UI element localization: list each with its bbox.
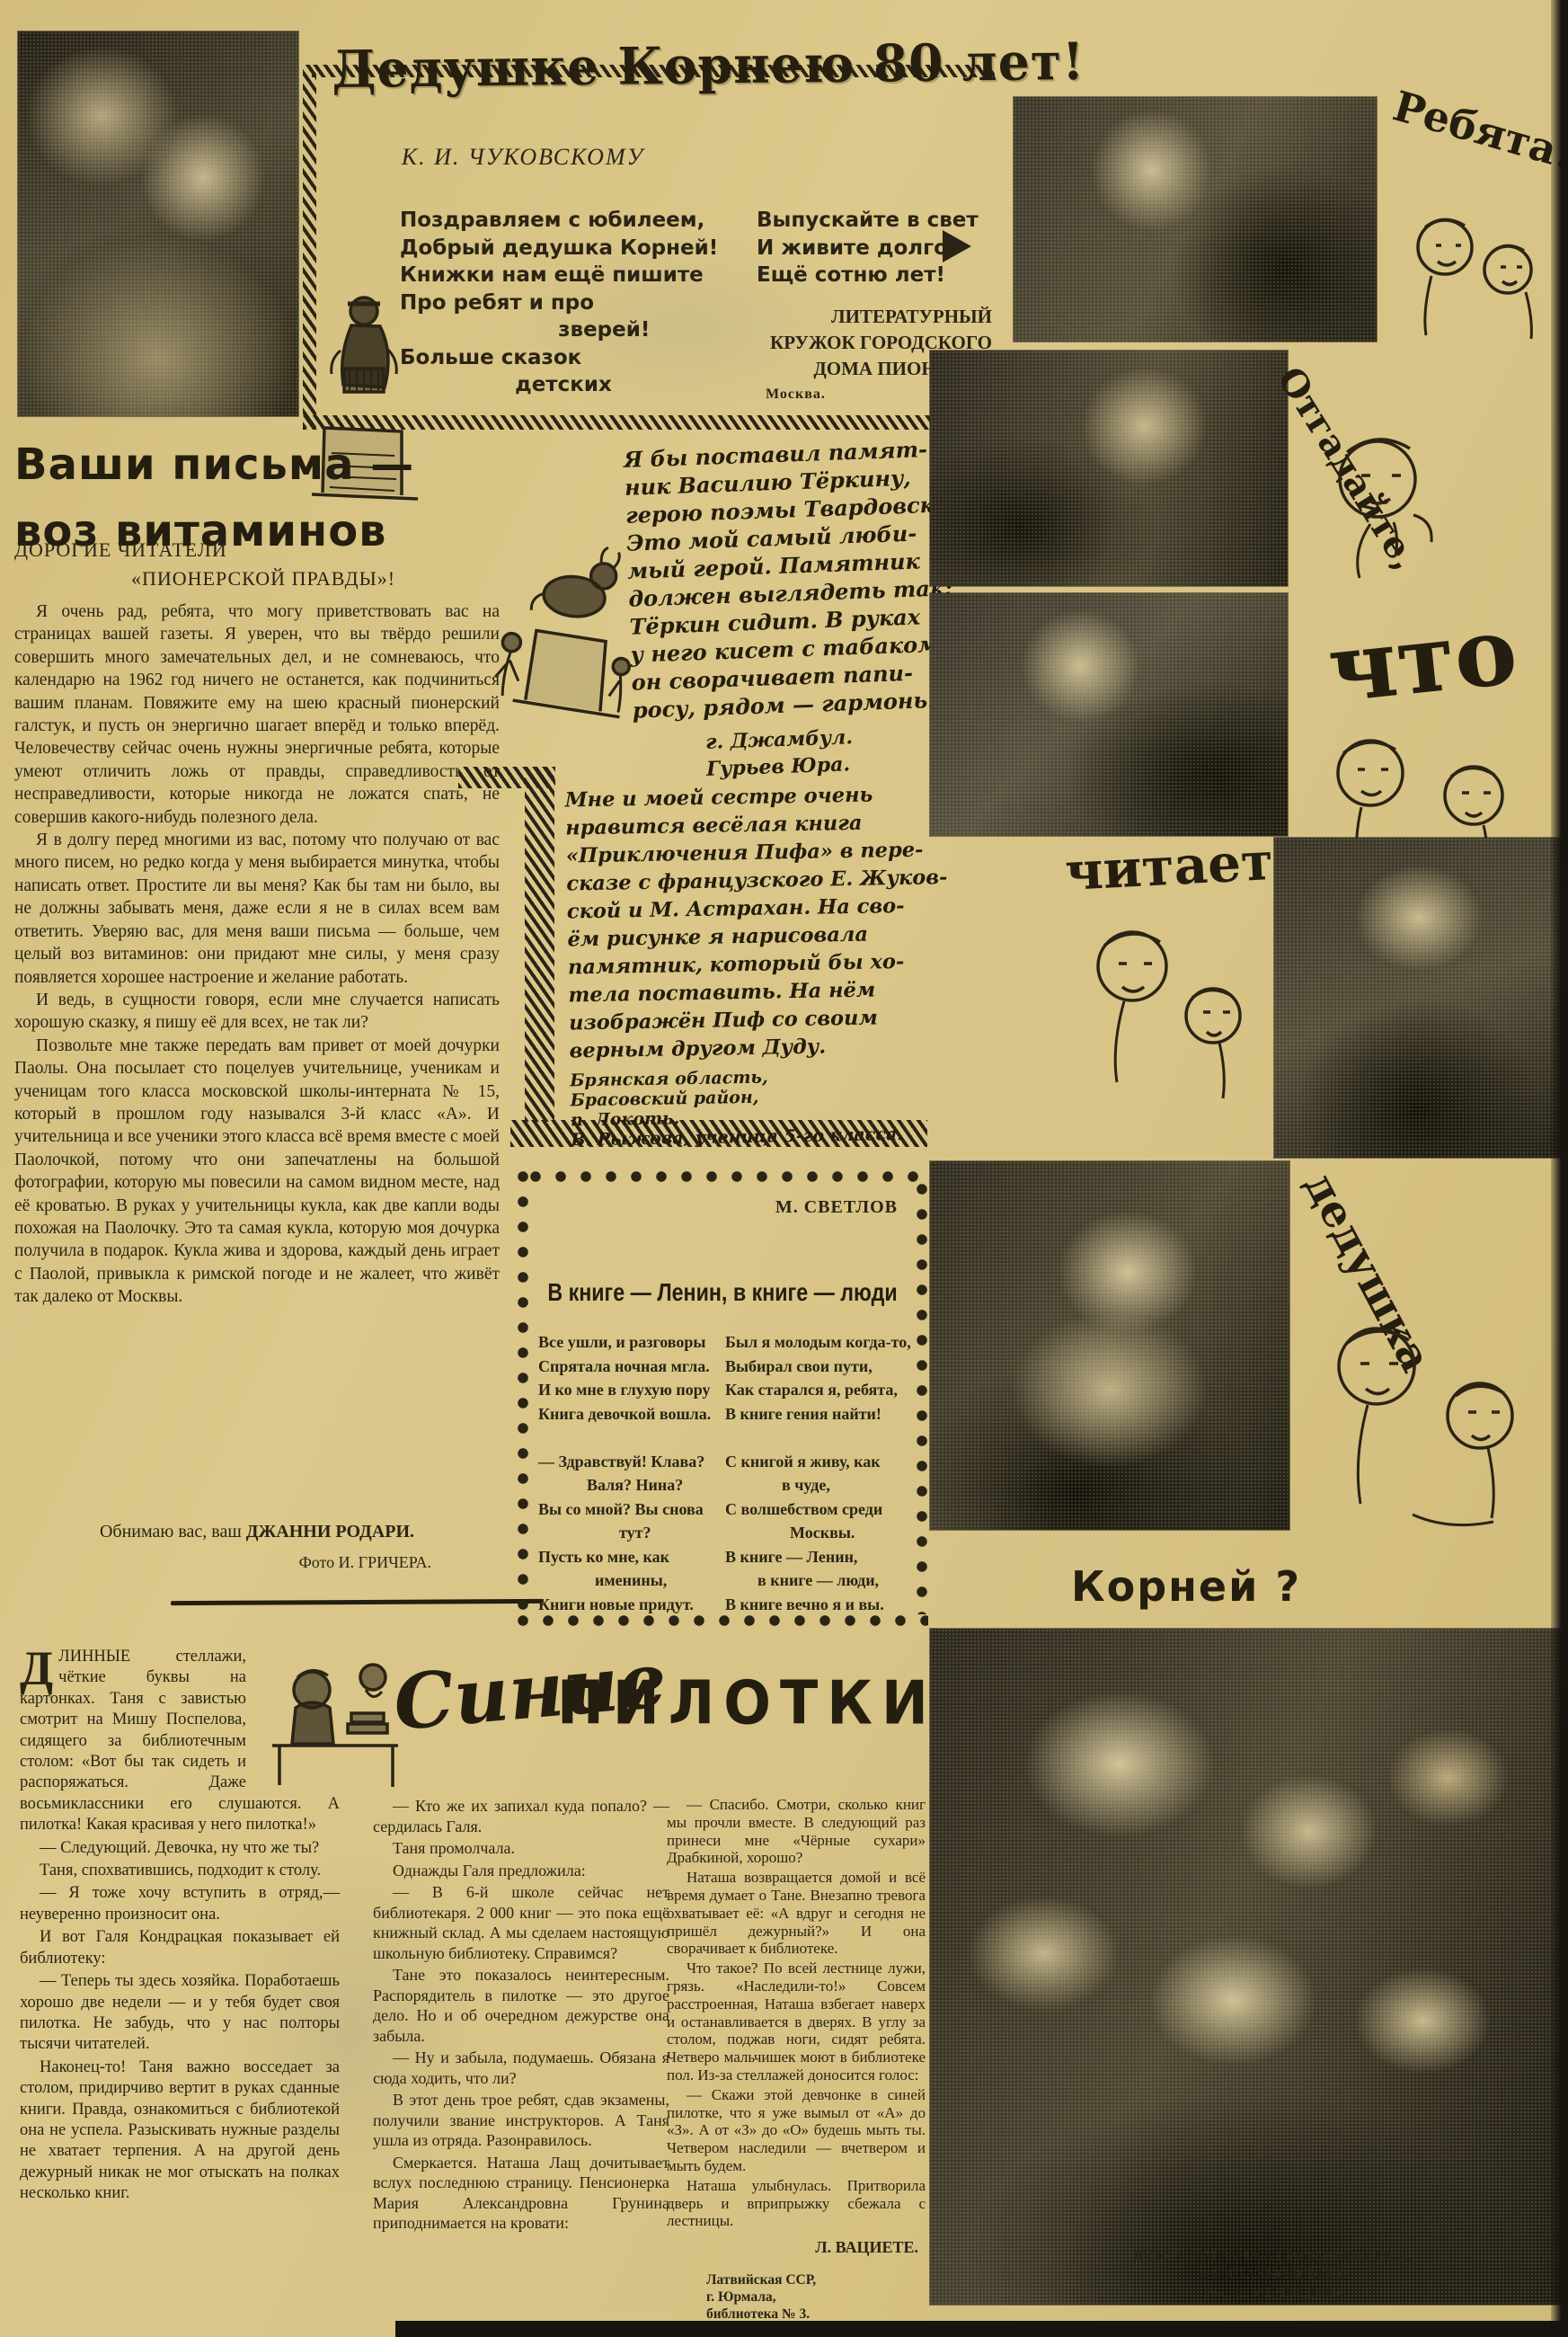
poem-column-2: Был я молодым когда-то,Выбирал свои пути…: [725, 1330, 916, 1616]
letter-line: верным другом Дуду.: [569, 1032, 925, 1066]
photo-chukovsky-with-children: [930, 1629, 1562, 2305]
jubilee-dedication: К. И. ЧУКОВСКОМУ: [388, 144, 658, 171]
riddle-word-chto: что: [1323, 594, 1522, 724]
riddle-word-korney: Корней ?: [1071, 1562, 1301, 1611]
poem-title: В книге — Ленин, в книге — люди: [547, 1278, 897, 1307]
article-paragraph: Наташа возвращается домой и всё время ду…: [667, 1869, 926, 1958]
article-paragraph: В этот день трое ребят, сдав экзамены, п…: [373, 2090, 669, 2151]
poem-border-bottom: [517, 1614, 928, 1627]
article-paragraph: Наташа улыбнулась. Притворила дверь и вп…: [667, 2177, 926, 2230]
poem-line: Валя? Нина?: [538, 1473, 718, 1497]
letter-body: Я бы поставил памят-ник Василию Тёркину,…: [624, 435, 930, 724]
article-paragraph: — В 6-й школе сейчас нет библиотекаря. 2…: [373, 1882, 669, 1963]
location-line: Латвийская ССР,: [706, 2271, 926, 2288]
salutation-line2: «ПИОНЕРСКОЙ ПРАВДЫ»!: [14, 564, 428, 593]
article-paragraph: Однажды Галя предложила:: [373, 1861, 669, 1881]
poem-line: С волшебством среди: [725, 1497, 916, 1522]
photo-chukovsky-5: [930, 1161, 1289, 1530]
rodari-salutation: ДОРОГИЕ ЧИТАТЕЛИ «ПИОНЕРСКОЙ ПРАВДЫ»!: [14, 536, 428, 593]
bottom-photo-credits: Фото В. ЛАГРАНЖА (Фотохроника ТАСС) и Я.…: [1060, 2245, 1492, 2302]
svetlov-poem-box: М. СВЕТЛОВ В книге — Ленин, в книге — лю…: [517, 1170, 928, 1627]
verse-line: Про ребят и про: [400, 289, 750, 317]
article-paragraph: — Следующий. Девочка, ну что же ты?: [20, 1838, 340, 1859]
poem-border-top: [529, 1170, 928, 1183]
article-paragraph: — Спасибо. Смотри, сколько книг мы прочл…: [667, 1796, 926, 1867]
poem-border-left: [517, 1170, 529, 1614]
poem-line: Все ушли, и разговоры: [538, 1330, 718, 1355]
arrow-right-icon: [943, 230, 971, 262]
poem-line: Вы со мной? Вы снова: [538, 1497, 718, 1522]
pilotki-column-1: ДЛИННЫЕ стеллажи, чёткие буквы на картон…: [20, 1647, 340, 2207]
signoff-author: ДЖАННИ РОДАРИ.: [246, 1522, 414, 1542]
kids-sketch-4: [1305, 1299, 1561, 1559]
verse-line: Книжки нам ещё пишите: [400, 262, 750, 289]
rodari-photo-credit: Фото И. ГРИЧЕРА.: [144, 1553, 431, 1572]
column-paragraphs: — Следующий. Девочка, ну что же ты?Таня,…: [20, 1838, 340, 2205]
article-paragraph: Я в долгу перед многими из вас, потому ч…: [14, 829, 500, 989]
article-paragraph: Что такое? По всей лестнице лужи, грязь.…: [667, 1959, 926, 2084]
poem-line: именины,: [538, 1568, 718, 1593]
poem-line: Спрятала ночная мгла.: [538, 1355, 718, 1379]
divider-rule: [171, 1599, 544, 1605]
article-paragraph: Таня промолчала.: [373, 1838, 669, 1859]
poem-line: [538, 1426, 718, 1450]
article-paragraph: Наконец-то! Таня важно восседает за стол…: [20, 2057, 340, 2205]
poem-border-right: [916, 1183, 928, 1614]
reader-letter-pif: Мне и моей сестре оченьнравится весёлая …: [565, 781, 927, 1151]
verse-line: Больше сказок: [400, 344, 750, 372]
credit-line3: Рис. Е. МЕДВЕДЕВА.: [1060, 2283, 1492, 2302]
scan-edge-right: [1551, 0, 1568, 2337]
poem-column-1: Все ушли, и разговорыСпрятала ночная мгл…: [538, 1330, 718, 1616]
credit-line2: и Я. ШАХНОВСКОГО.: [1060, 2264, 1492, 2283]
riddle-word-rebyata: Ребята!: [1388, 82, 1568, 180]
article-paragraph: Таня, спохватившись, подходит к столу.: [20, 1861, 340, 1881]
pilotki-column-3: — Спасибо. Смотри, сколько книг мы прочл…: [667, 1796, 926, 2323]
verse-line: детских: [400, 371, 750, 399]
verse-line: Ещё сотню лет!: [757, 262, 992, 289]
verse-line: Поздравляем с юбилеем,: [400, 207, 750, 235]
kid-face-sketch: [1307, 409, 1460, 593]
article-paragraph: — Я тоже хочу вступить в отряд,— неувере…: [20, 1883, 340, 1925]
reader-letter-tyorkin: Я бы поставил памят-ник Василию Тёркину,…: [624, 435, 932, 785]
article-paragraph: — Кто же их запихал куда попало? — серди…: [373, 1796, 669, 1836]
signoff-prefix: Обнимаю вас, ваш: [100, 1522, 246, 1542]
verse-line: зверей!: [400, 316, 750, 344]
location-line: г. Юрмала,: [706, 2288, 926, 2306]
poem-line: [725, 1426, 916, 1450]
article-paragraph: — Скажи этой девчонке в синей пилотке, ч…: [667, 2086, 926, 2175]
article-paragraph: — Ну и забыла, подумаешь. Обязана я сюда…: [373, 2048, 669, 2088]
title-art-spacer: [246, 1647, 340, 1791]
article-paragraph: Позвольте мне также передать вам привет …: [14, 1035, 500, 1309]
article-paragraph: Я очень рад, ребята, что могу приветство…: [14, 600, 500, 829]
newspaper-page: Дедушке Корнею 80 лет! К. И. ЧУКОВСКОМУ …: [0, 0, 1568, 2337]
photo-chukovsky-3: [930, 593, 1288, 836]
pilotki-column-2: — Кто же их запихал куда попало? — серди…: [373, 1796, 669, 2235]
article-paragraph: И ведь, в сущности говоря, если мне случ…: [14, 989, 500, 1035]
verse-line: Добрый дедушка Корней!: [400, 235, 750, 262]
kids-sketch-3: [1065, 908, 1267, 1124]
rodari-headline-line1: Ваши письма —: [14, 433, 414, 497]
poem-author: М. СВЕТЛОВ: [775, 1197, 898, 1218]
photo-rodari-with-child: [18, 31, 298, 416]
pilotki-title-caps: ПИЛОТКИ: [557, 1667, 937, 1738]
poem-line: И ко мне в глухую пору: [538, 1378, 718, 1402]
poem-line: тут?: [538, 1521, 718, 1545]
poem-line: В книге гения найти!: [725, 1402, 916, 1426]
photo-chukovsky-4: [1274, 838, 1564, 1158]
poem-line: В книге — Ленин,: [725, 1545, 916, 1569]
letter-signature: г. Джамбул.Гурьев Юра.: [633, 721, 932, 785]
jubilee-signature-city: Москва.: [766, 387, 826, 403]
poem-line: в чуде,: [725, 1473, 916, 1497]
poem-line: Книги новые придут.: [538, 1593, 718, 1617]
riddle-word-chitaet: читает: [1063, 831, 1274, 902]
article-paragraph: Смеркается. Наташа Лащ дочитывает вслух …: [373, 2153, 669, 2234]
photo-chukovsky-2: [930, 351, 1288, 586]
rodari-article-body: Я очень рад, ребята, что могу приветство…: [14, 600, 500, 1309]
jubilee-headline: Дедушке Корнею 80 лет!: [332, 31, 1085, 100]
letter-signature: Брянская область,Брасовский район,п. Лок…: [570, 1065, 926, 1151]
rodari-signoff: Обнимаю вас, ваш ДЖАННИ РОДАРИ.: [14, 1522, 500, 1542]
signature-line: ЛИТЕРАТУРНЫЙ: [757, 304, 992, 330]
poem-line: Был я молодым когда-то,: [725, 1330, 916, 1355]
article-paragraph: Тане это показалось неинтересным. Распор…: [373, 1965, 669, 2046]
letter-body: Мне и моей сестре оченьнравится весёлая …: [565, 781, 926, 1066]
article-paragraph: И вот Галя Кондрацкая показывает ей библ…: [20, 1927, 340, 1969]
pilotki-location: Латвийская ССР,г. Юрмала,библиотека № 3.: [667, 2271, 926, 2323]
poem-line: В книге вечно я и вы.: [725, 1593, 916, 1617]
jubilee-verse-left: Поздравляем с юбилеем,Добрый дедушка Кор…: [400, 207, 750, 399]
letter-frame-vertical: [525, 767, 554, 1122]
drop-cap: Д: [20, 1647, 58, 1688]
poem-line: С книгой я живу, как: [725, 1450, 916, 1474]
poem-line: в книге — люди,: [725, 1568, 916, 1593]
pilotki-byline: Л. ВАЦИЕТЕ.: [667, 2239, 926, 2257]
poem-line: Пусть ко мне, как: [538, 1545, 718, 1569]
poem-line: — Здравствуй! Клава?: [538, 1450, 718, 1474]
poem-line: Выбирал свои пути,: [725, 1355, 916, 1379]
photo-chukovsky-1: [1014, 97, 1377, 342]
poem-line: Книга девочкой вошла.: [538, 1402, 718, 1426]
scan-edge-bottom: [395, 2321, 1568, 2337]
credit-line1: Фото В. ЛАГРАНЖА (Фотохроника ТАСС): [1060, 2245, 1492, 2264]
salutation-line1: ДОРОГИЕ ЧИТАТЕЛИ: [14, 536, 428, 564]
article-paragraph: — Теперь ты здесь хозяйка. Поработаешь х…: [20, 1971, 340, 2056]
column-paragraphs: — Спасибо. Смотри, сколько книг мы прочл…: [667, 1796, 926, 2230]
poem-line: Как старался я, ребята,: [725, 1378, 916, 1402]
poem-line: Москвы.: [725, 1521, 916, 1545]
kids-sketch-1: [1391, 193, 1562, 346]
